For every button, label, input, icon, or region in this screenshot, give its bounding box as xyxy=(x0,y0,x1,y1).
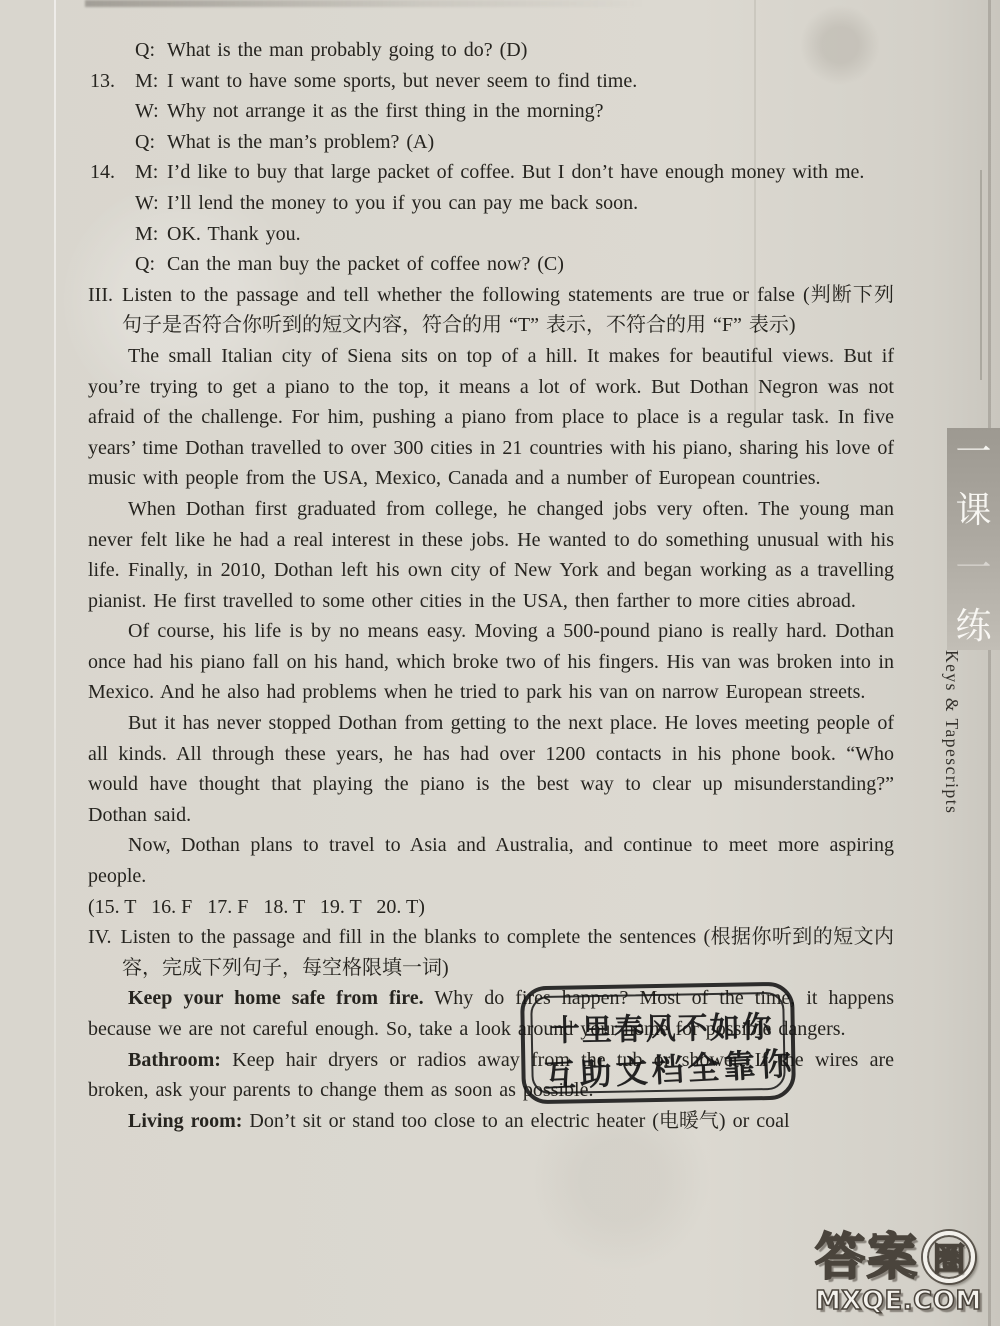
paragraph-text: Don’t sit or stand too close to an elect… xyxy=(249,1110,789,1132)
series-char: 一 xyxy=(955,550,991,586)
section-4-heading: IV.Listen to the passage and fill in the… xyxy=(88,922,894,983)
dialogue-speaker: M: xyxy=(135,219,158,250)
dialogue-line: Q: What is the man’s problem? (A) xyxy=(88,127,894,158)
dialogue-speaker: M: xyxy=(135,66,158,97)
paragraph-lead-bold: Keep your home safe from fire. xyxy=(128,987,424,1009)
ink-stamp: 十里春风不如你 互助文档全靠你 xyxy=(520,982,796,1105)
dialogue-speaker: W: xyxy=(135,188,159,219)
dialogue-text: I want to have some sports, but never se… xyxy=(167,70,637,92)
tapescript-paragraph: Living room: Don’t sit or stand too clos… xyxy=(88,1106,894,1137)
page-text-column: Q: What is the man probably going to do?… xyxy=(88,35,894,1136)
section-3-heading: III.Listen to the passage and tell wheth… xyxy=(88,280,894,341)
dialogue-line: 13. M: I want to have some sports, but n… xyxy=(88,66,894,97)
section-label: IV. xyxy=(88,926,121,948)
watermark-logo: 答案 圈 MXQE.COM xyxy=(815,1231,995,1316)
dialogue-text: What is the man’s problem? (A) xyxy=(167,131,434,153)
dialogue-text: Can the man buy the packet of coffee now… xyxy=(167,253,564,275)
dialogue-text: I’d like to buy that large packet of cof… xyxy=(167,161,864,183)
answers-line: (15. T 16. F 17. F 18. T 19. T 20. T) xyxy=(88,892,894,923)
dialogue-line: M: OK. Thank you. xyxy=(88,219,894,250)
series-char: 课 xyxy=(955,492,991,528)
passage-paragraph: Now, Dothan plans to travel to Asia and … xyxy=(88,830,894,891)
section-label: III. xyxy=(88,284,122,306)
dialogue-text: OK. Thank you. xyxy=(167,223,301,245)
dialogue-line: Q: Can the man buy the packet of coffee … xyxy=(88,249,894,280)
dialogue-line: W: I’ll lend the money to you if you can… xyxy=(88,188,894,219)
dialogue-speaker: W: xyxy=(135,96,159,127)
section-heading-text: Listen to the passage and fill in the bl… xyxy=(121,926,894,979)
dialogue-line: 14. M: I’d like to buy that large packet… xyxy=(88,157,894,188)
dialogue-speaker: Q: xyxy=(135,127,155,158)
passage-paragraph: When Dothan first graduated from college… xyxy=(88,494,894,616)
passage-paragraph: Of course, his life is by no means easy.… xyxy=(88,616,894,708)
passage-paragraph: The small Italian city of Siena sits on … xyxy=(88,341,894,494)
dialogue-speaker: Q: xyxy=(135,249,155,280)
scan-fold-line xyxy=(54,0,56,1326)
dialogue-text: I’ll lend the money to you if you can pa… xyxy=(167,192,638,214)
dialogue-line: Q: What is the man probably going to do?… xyxy=(88,35,894,66)
scan-noise-strip xyxy=(85,0,645,7)
dialogue-text: What is the man probably going to do? (D… xyxy=(167,39,527,61)
passage-paragraph: But it has never stopped Dothan from get… xyxy=(88,708,894,830)
page-edge-shadow xyxy=(988,0,991,1326)
watermark-name-row: 答案 圈 xyxy=(815,1231,995,1283)
watermark-site-text: MXQE.COM xyxy=(815,1286,995,1316)
watermark-circle-badge: 圈 xyxy=(923,1231,975,1283)
series-char: 一 xyxy=(955,434,991,470)
dialogue-line: W: Why not arrange it as the first thing… xyxy=(88,96,894,127)
sidebar-series-tab: 一 课 一 练 xyxy=(947,428,1000,650)
series-char: 练 xyxy=(955,608,991,644)
watermark-circle-char: 圈 xyxy=(933,1234,965,1280)
dialogue-speaker: M: xyxy=(135,157,158,188)
watermark-name-text: 答案 xyxy=(815,1231,919,1283)
scanned-book-page: Q: What is the man probably going to do?… xyxy=(0,0,1000,1326)
section-heading-text: Listen to the passage and tell whether t… xyxy=(122,284,894,337)
spine-title: Keys & Tapescripts xyxy=(941,650,962,860)
dialogue-number: 13. xyxy=(90,66,115,97)
dialogue-speaker: Q: xyxy=(135,35,155,66)
dialogue-number: 14. xyxy=(90,157,115,188)
paragraph-lead-bold: Living room: xyxy=(128,1110,242,1132)
paragraph-lead-bold: Bathroom: xyxy=(128,1049,221,1071)
dialogue-text: Why not arrange it as the first thing in… xyxy=(167,100,604,122)
scan-scratch xyxy=(980,170,982,380)
